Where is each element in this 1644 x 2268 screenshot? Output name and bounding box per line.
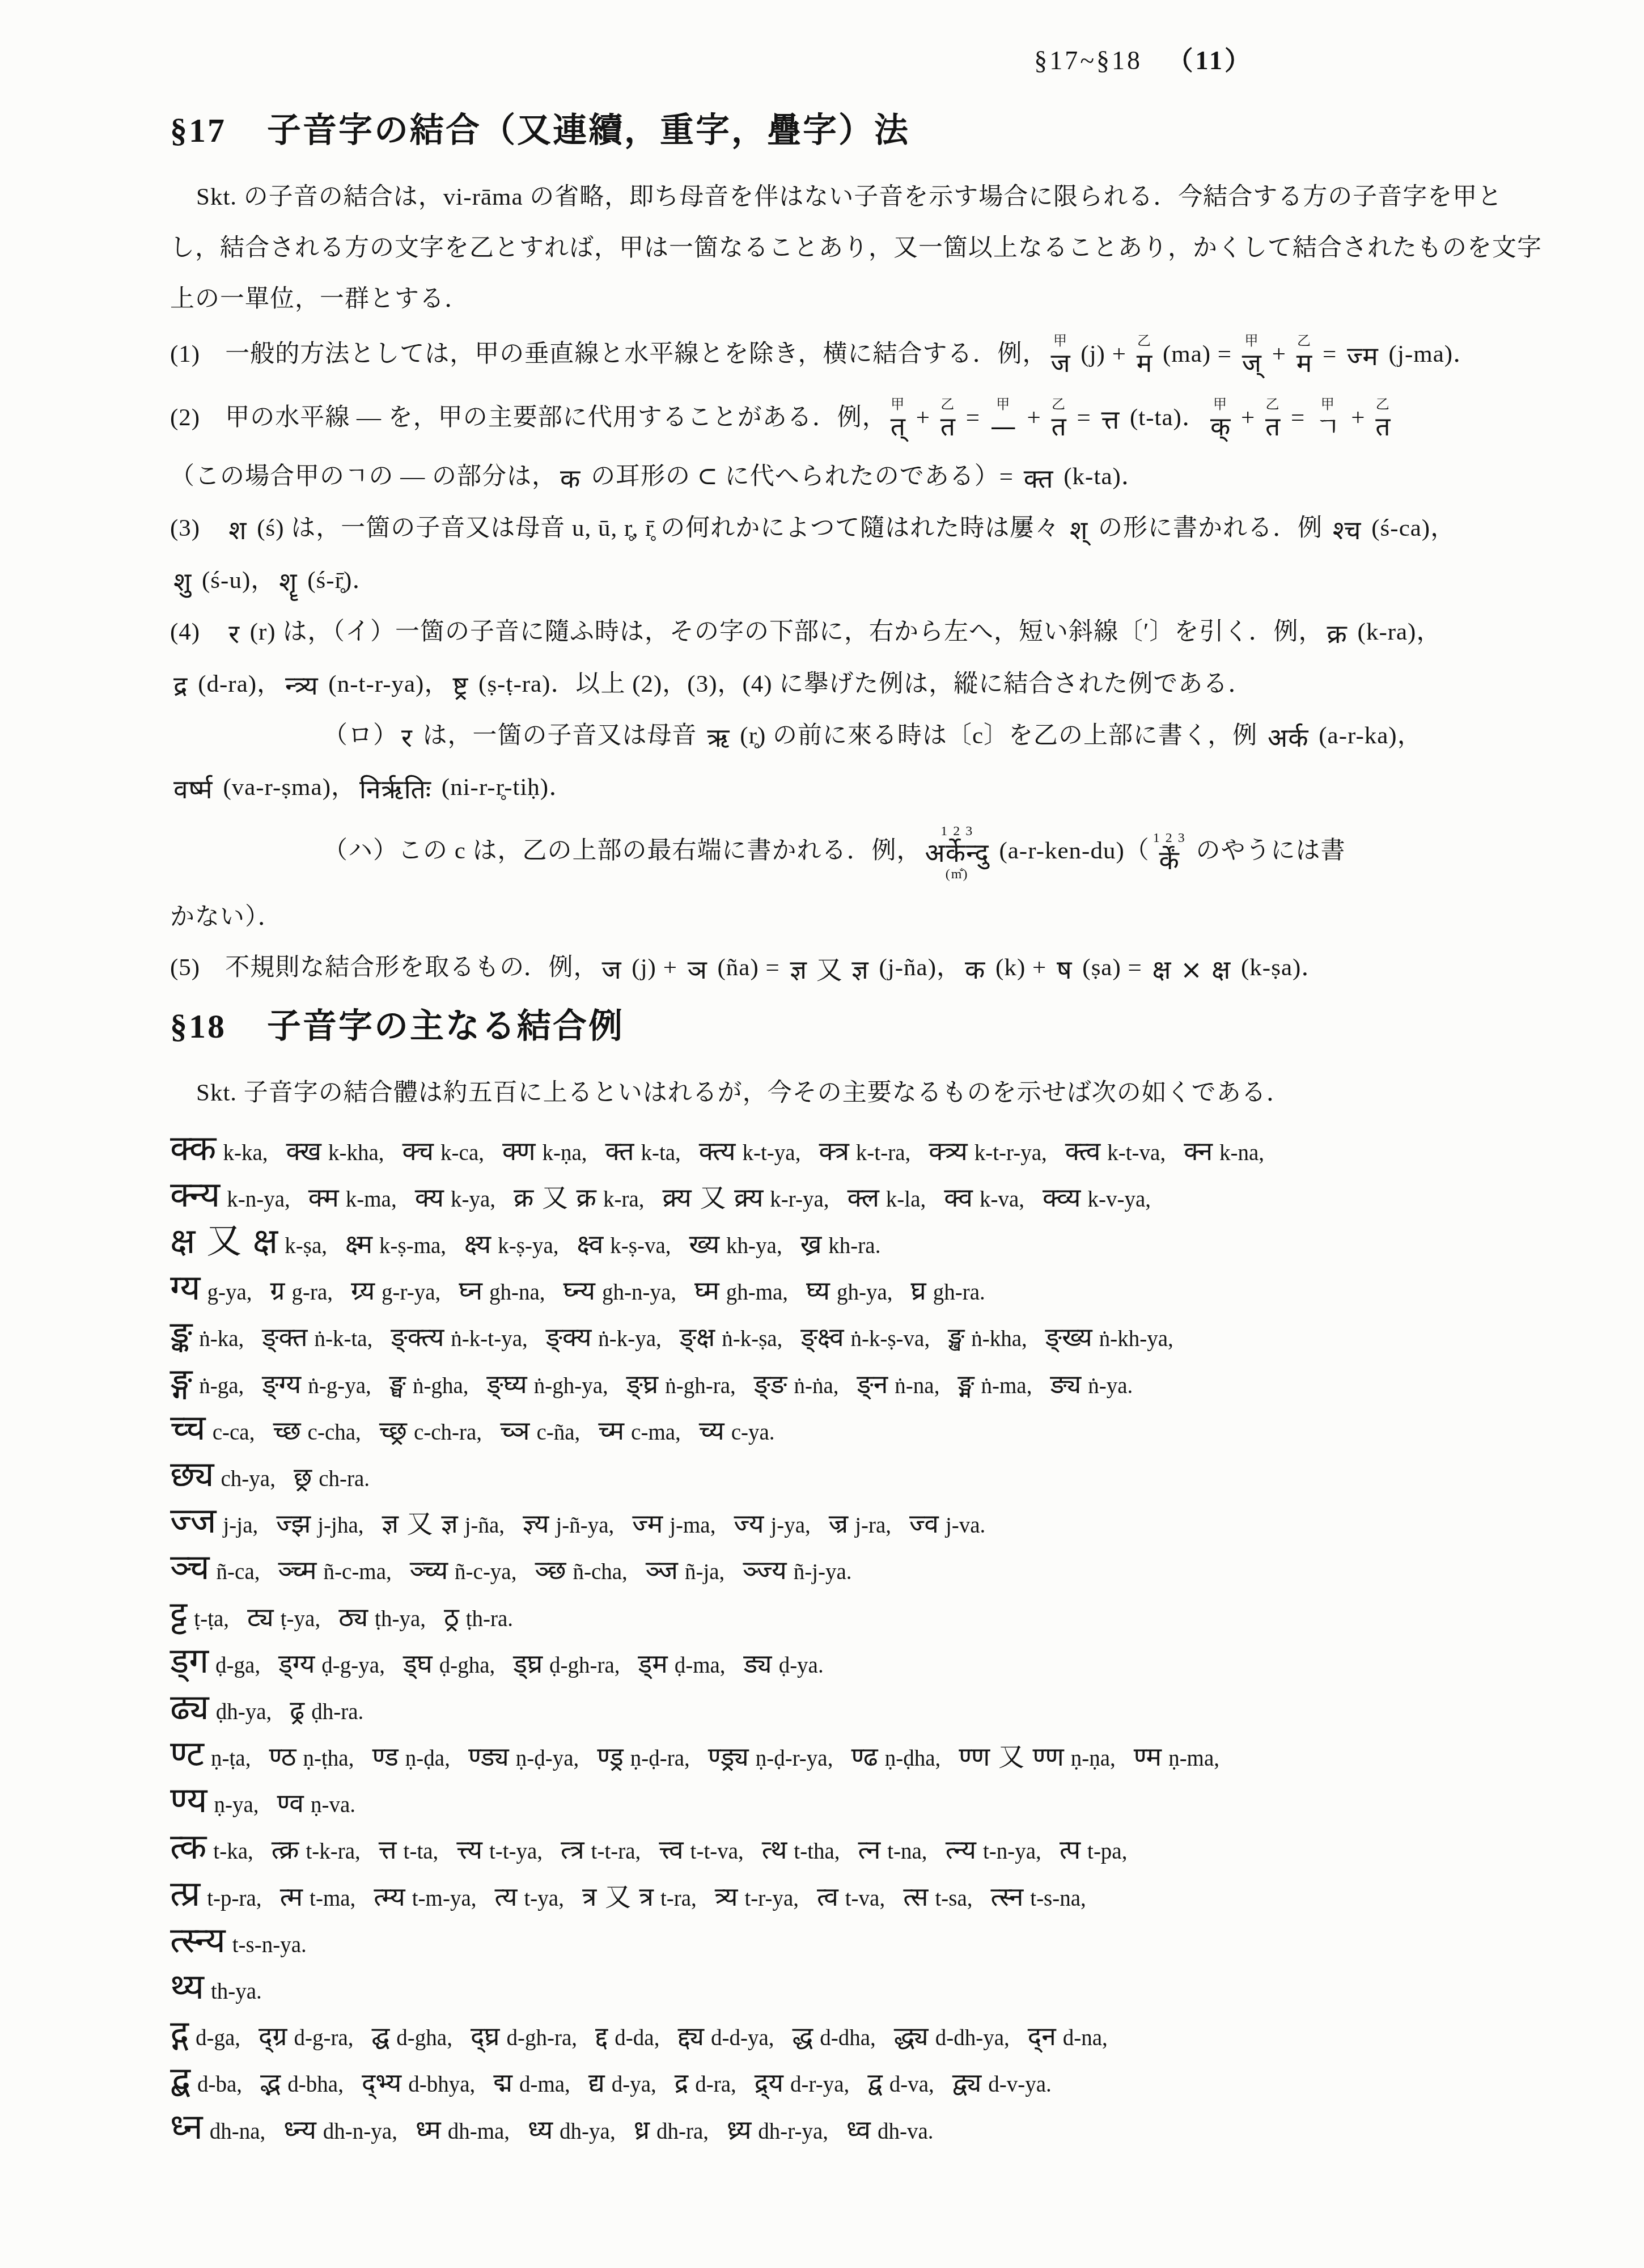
devanagari-glyph: वर्ष्म (173, 775, 213, 804)
conjunct-glyph: ज्म (632, 1509, 663, 1538)
text-line: （ハ）この c は，乙の上部の最右端に書かれる．例，1 2 3अर्केन्दु… (170, 824, 1548, 882)
conjunct-glyph: त्थ (762, 1835, 787, 1864)
conjunct-glyph: द्ध (792, 2022, 813, 2051)
conjunct-romanization: d-ba, (197, 2072, 242, 2097)
conjunct-romanization: j-va. (946, 1513, 985, 1538)
conjunct-glyph: ङ्क (170, 1315, 192, 1353)
devanagari-glyph-group: 甲क् (1210, 398, 1231, 441)
conjunct-glyph: त्न (858, 1835, 881, 1864)
conjunct-romanization: k-t-ya, (743, 1140, 801, 1166)
conjunct-glyph: ध्य (528, 2115, 553, 2144)
conjunct-romanization: k-t-ra, (856, 1140, 910, 1166)
devanagari-glyph-group: 1 2 3अर्केन्दु(m̐) (925, 824, 989, 882)
conjunct-romanization: t-n-ya, (983, 1839, 1041, 1864)
conjunct-romanization: ṇ-ḍha, (885, 1746, 941, 1771)
conjunct-glyph: त्त (379, 1835, 397, 1864)
conjunct-glyph: घ्न्य (563, 1276, 595, 1305)
devanagari-glyph: क्ष × क्ष (1153, 955, 1231, 984)
conjunct-glyph: द्द्य (677, 2022, 704, 2051)
conjunct-romanization: d-bha, (287, 2072, 344, 2097)
devanagari-glyph: म (1137, 349, 1153, 378)
conjunct-glyph: ज्ज (170, 1501, 216, 1540)
conjunct-row: ढ्यḍh-ya,ढ्रḍh-ra. (170, 1688, 1548, 1727)
devanagari-glyph: त (1051, 412, 1066, 441)
devanagari-glyph: क (965, 955, 985, 984)
conjunct-glyph: ण्ढ (851, 1742, 878, 1771)
devanagari-glyph-group: शॄ (279, 568, 297, 596)
conjunct-glyph: त्न्य (946, 1835, 976, 1864)
text-line: 上の一單位，一群とする． (170, 284, 1548, 315)
text-run: (ṣ-ṭ-ra)．以上 (2)，(3)，(4) に擧げた例は，縱に結合された例で… (472, 671, 1253, 697)
conjunct-glyph: ङ्घ्य (486, 1370, 527, 1399)
conjunct-romanization: d-r-ya, (790, 2072, 849, 2097)
conjunct-romanization: c-ca, (213, 1420, 255, 1445)
conjunct-glyph: च्च (170, 1408, 206, 1447)
conjunct-romanization: t-sa, (935, 1886, 972, 1911)
text-run: (ṣa) = (1076, 954, 1149, 981)
text-line: वर्ष्म (va-r-ṣma)，निर्ऋतिः (ni-r-r̥-tiḥ)… (170, 772, 1548, 803)
devanagari-glyph: क (560, 464, 581, 493)
conjunct-glyph: ज्य (734, 1509, 764, 1538)
text-run: (ś) は，一箇の子音又は母音 u, ū, r̥, r̥̄ の何れかによつて隨は… (250, 515, 1066, 541)
conjunct-romanization: d-dh-ya, (935, 2025, 1010, 2051)
conjunct-romanization: t-p-ra, (207, 1886, 261, 1911)
text-run: （ロ） (323, 722, 398, 749)
text-run: (n-t-r-ya)， (322, 671, 450, 697)
text-run: = (959, 404, 987, 431)
conjunct-glyph: च्ञ (500, 1416, 529, 1445)
conjunct-glyph: घ्म (694, 1276, 719, 1305)
conjunct-glyph: थ्य (170, 1967, 204, 2006)
devanagari-glyph: म (1296, 349, 1313, 378)
conjunct-glyph: क्ष्म (345, 1230, 372, 1259)
conjunct-row: ङ्कṅ-ka,ङ्क्तṅ-k-ta,ङ्क्त्यṅ-k-t-ya,ङ्क्… (170, 1315, 1548, 1353)
devanagari-glyph: त्त (1101, 405, 1120, 434)
conjunct-row: च्चc-ca,च्छc-cha,च्छ्रc-ch-ra,च्ञc-ña,च्… (170, 1408, 1548, 1447)
devanagari-glyph-group: र (401, 723, 413, 752)
conjunct-romanization: k-ṣ-va, (610, 1233, 671, 1259)
conjunct-romanization: k-ca, (440, 1140, 484, 1166)
text-line: (3) श (ś) は，一箇の子音又は母音 u, ū, r̥, r̥̄ の何れか… (170, 513, 1548, 544)
conjunct-glyph: क्म (308, 1183, 339, 1212)
conjunct-romanization: gh-ra. (933, 1280, 985, 1305)
conjunct-romanization: ṅ-k-ṣ-va, (850, 1326, 930, 1352)
conjunct-romanization: t-pa, (1087, 1839, 1127, 1864)
devanagari-glyph: ज्ञ 又 ज्ञ (790, 955, 869, 984)
devanagari-glyph: निर्ऋतिः (359, 775, 431, 804)
conjunct-romanization: ṭ-ṭa, (194, 1606, 229, 1632)
devanagari-glyph-group: शु (173, 568, 192, 596)
conjunct-romanization: j-ma, (670, 1513, 715, 1538)
conjunct-glyph: त्क (170, 1827, 206, 1866)
devanagari-glyph-group: क (965, 955, 985, 984)
devanagari-glyph-group: 1 2 3र्कें (1153, 831, 1186, 874)
text-run: = (1070, 404, 1098, 431)
conjunct-glyph: क्ष 又 क्ष (170, 1222, 278, 1260)
section18-intro: Skt. 子音字の結合體は約五百に上るといはれるが，今その主要なるものを示せば次… (170, 1078, 1548, 1108)
section18-intro-wrap: Skt. 子音字の結合體は約五百に上るといはれるが，今その主要なるものを示せば次… (170, 1078, 1548, 1108)
conjunct-romanization: k-ṣa, (285, 1233, 327, 1259)
conjunct-romanization: j-ya, (770, 1513, 810, 1538)
text-run: のやうには書 (1189, 837, 1346, 864)
conjunct-romanization: d-va, (889, 2072, 934, 2097)
conjunct-glyph: त्त्र (561, 1835, 584, 1864)
devanagari-glyph: ज (1050, 349, 1070, 378)
text-line: し，結合される方の文字を乙とすれば，甲は一箇なることあり，又一箇以上なることあり… (170, 233, 1548, 264)
devanagari-glyph-group: क्त (1024, 464, 1054, 493)
text-run: (3) (170, 515, 225, 541)
conjunct-glyph: क्व्य (1043, 1183, 1081, 1212)
conjunct-glyph: त्त्य (456, 1835, 482, 1864)
page-header: §17~§18 （11） (170, 40, 1548, 77)
conjunct-glyph: त्म (280, 1882, 303, 1911)
conjunct-glyph: द्ध्य (894, 2022, 929, 2051)
conjunct-romanization: ṅ-k-ṣa, (722, 1326, 782, 1352)
conjunct-romanization: d-gha, (396, 2025, 452, 2051)
conjunct-romanization: dh-r-ya, (758, 2119, 828, 2144)
header-page-number: （11） (1167, 46, 1253, 75)
conjunct-romanization: d-d-ya, (711, 2025, 774, 2051)
conjunct-glyph: त्स्न (990, 1882, 1023, 1911)
conjunct-romanization: dh-ra, (656, 2119, 709, 2144)
devanagari-glyph-group: त्त (1101, 405, 1120, 434)
conjunct-glyph: द्ग (170, 2014, 189, 2053)
text-line: (4) र (r) は，（イ）一箇の子音に隨ふ時は，その字の下部に，右から左へ，… (170, 617, 1548, 648)
conjunct-romanization: d-v-ya. (988, 2072, 1052, 2097)
conjunct-glyph: क्ख (286, 1137, 321, 1166)
devanagari-glyph-group: 甲ज (1050, 335, 1070, 378)
devanagari-glyph: र्कें (1159, 846, 1180, 875)
conjunct-glyph: ढ्र (290, 1696, 304, 1725)
text-run: (ña) = (711, 954, 787, 981)
conjunct-romanization: dh-ya, (560, 2119, 616, 2144)
devanagari-glyph: त (1375, 412, 1391, 441)
conjunct-romanization: k-ṣ-ya, (498, 1233, 558, 1259)
conjunct-romanization: t-na, (887, 1839, 927, 1864)
conjunct-romanization: ḍh-ra. (311, 1699, 363, 1725)
conjunct-romanization: t-ra, (660, 1886, 697, 1911)
conjunct-romanization: k-ya, (451, 1187, 495, 1212)
conjunct-row: ग्यg-ya,ग्रg-ra,ग्र्यg-r-ya,घ्नgh-na,घ्न… (170, 1268, 1548, 1307)
conjunct-romanization: d-gh-ra, (507, 2025, 578, 2051)
conjunct-romanization: ṇ-ṭha, (303, 1746, 354, 1771)
conjunct-glyph: द्ग्र (259, 2022, 287, 2051)
header-section-range: §17~§18 (1034, 46, 1142, 75)
conjunct-romanization: ḍ-gh-ra, (549, 1653, 620, 1678)
devanagari-glyph-group: 乙त (940, 398, 956, 441)
conjunct-row: ट्टṭ-ṭa,ट्यṭ-ya,ठ्यṭh-ya,ठ्रṭh-ra. (170, 1595, 1548, 1634)
conjunct-romanization: ḍ-ya. (779, 1653, 824, 1678)
conjunct-romanization: k-r-ya, (770, 1187, 829, 1212)
conjunct-romanization: ṇ-ḍa, (405, 1746, 450, 1771)
devanagari-glyph-group: ज (601, 955, 621, 984)
conjunct-glyph: द्व (867, 2068, 882, 2097)
conjunct-glyph: क्त्य (699, 1137, 736, 1166)
glyph-above-label: 乙 (1052, 398, 1066, 412)
conjunct-glyph: ङ्क्त्य (391, 1323, 444, 1352)
text-run: = (1316, 341, 1344, 367)
conjunct-glyph: ट्य (247, 1603, 274, 1632)
conjunct-glyph: ड्ग्य (278, 1649, 315, 1678)
conjunct-romanization: t-tha, (794, 1839, 840, 1864)
conjunct-romanization: ḍ-ma, (675, 1653, 726, 1678)
text-run: かない）． (170, 904, 283, 930)
glyph-above-label: 甲 (891, 398, 905, 412)
conjunct-row: ज्जj-ja,ज्झj-jha,ज्ञ 又 ज्ञj-ña,ज्ञ्यj-ñ-… (170, 1501, 1548, 1540)
scanned-textbook-page: §17~§18 （11） §17 子音字の結合（又連續，重字，疊字）法 Skt.… (0, 0, 1644, 2268)
conjunct-glyph: क्क (170, 1129, 216, 1167)
conjunct-glyph: द्र्य (755, 2068, 783, 2097)
conjunct-glyph: ग्र (270, 1276, 285, 1305)
conjunct-glyph: क्ष्व (577, 1230, 603, 1259)
text-run: (r̥) の前に來る時は〔c〕を乙の上部に書く，例 (734, 722, 1264, 749)
conjunct-romanization: c-ma, (631, 1420, 681, 1445)
conjunct-glyph: ङ्ख (948, 1323, 964, 1352)
conjunct-romanization: ṅ-k-t-ya, (451, 1326, 527, 1352)
conjunct-romanization: c-ya. (731, 1420, 775, 1445)
conjunct-romanization: ñ-c-ya, (455, 1559, 516, 1585)
devanagari-glyph: ज्म (1347, 342, 1379, 371)
text-line: （ロ）र は，一箇の子音又は母音 ऋ (r̥) の前に來る時は〔c〕を乙の上部に… (170, 721, 1548, 752)
conjunct-romanization: d-ya, (612, 2072, 656, 2097)
devanagari-glyph-group: क्र (1327, 620, 1347, 649)
text-run: (r) は，（イ）一箇の子音に隨ふ時は，その字の下部に，右から左へ，短い斜線〔′… (243, 619, 1324, 645)
conjunct-glyph: द्न (1028, 2022, 1056, 2051)
devanagari-glyph: त् (891, 412, 906, 441)
glyph-above-label: 甲 (1053, 335, 1068, 349)
conjunct-glyph: ध्र (634, 2115, 650, 2144)
conjunct-glyph: ण्व (277, 1789, 303, 1818)
devanagari-glyph: क्त (1024, 464, 1054, 493)
devanagari-glyph: ㄱ (1315, 412, 1341, 441)
devanagari-glyph-group: द्र (173, 671, 188, 700)
devanagari-glyph: श (228, 516, 247, 545)
devanagari-glyph-group: ज्म (1347, 342, 1379, 371)
devanagari-glyph: द्र (173, 671, 188, 700)
devanagari-glyph-group: श्च (1333, 516, 1362, 545)
text-run: (k-ta)． (1057, 463, 1146, 490)
glyph-above-label: 甲 (1213, 398, 1228, 412)
text-run: (5) 不規則な結合形を取るもの．例， (170, 954, 598, 981)
conjunct-list: क्कk-ka,क्खk-kha,क्चk-ca,क्णk-ṇa,क्तk-ta… (170, 1129, 1548, 2146)
conjunct-row: ड्गḍ-ga,ड्ग्यḍ-g-ya,ड्घḍ-gha,ड्घ्रḍ-gh-r… (170, 1641, 1548, 1680)
text-run: (d-ra)， (191, 671, 282, 697)
conjunct-romanization: t-r-ya, (744, 1886, 799, 1911)
conjunct-glyph: ड्ग (170, 1641, 209, 1680)
text-run: (j-ma)． (1382, 341, 1478, 367)
devanagari-glyph: श्च (1333, 516, 1362, 545)
conjunct-glyph: ढ्य (170, 1688, 209, 1727)
conjunct-glyph: ख्य (689, 1230, 720, 1259)
text-line: （この場合甲のㄱの — の部分は，क の耳形の ⊂ に代へられたのである）= क… (170, 462, 1548, 493)
conjunct-romanization: t-k-ra, (306, 1839, 360, 1864)
conjunct-romanization: ṇ-ma, (1168, 1746, 1219, 1771)
devanagari-glyph: त (940, 412, 956, 441)
conjunct-glyph: ङ्क्य (546, 1323, 592, 1352)
conjunct-glyph: द्म (493, 2068, 512, 2097)
devanagari-glyph: अर्क (1268, 723, 1308, 752)
conjunct-glyph: छ्य (170, 1455, 214, 1493)
conjunct-glyph: ध्म (416, 2115, 441, 2144)
conjunct-romanization: t-va, (845, 1886, 885, 1911)
conjunct-romanization: t-ya, (524, 1886, 564, 1911)
conjunct-glyph: द्भ (260, 2068, 281, 2097)
devanagari-glyph-group: 乙त (1051, 398, 1066, 441)
conjunct-glyph: त्र्य (715, 1882, 738, 1911)
conjunct-romanization: d-ra, (695, 2072, 736, 2097)
conjunct-glyph: ञ्च्य (410, 1556, 448, 1585)
devanagari-glyph: ष्ट्र (452, 671, 468, 700)
conjunct-glyph: त्र 又 त्र (582, 1882, 654, 1911)
conjunct-romanization: ḍ-g-ya, (321, 1653, 385, 1678)
devanagari-glyph: शॄ (279, 568, 297, 596)
devanagari-glyph: शु (173, 568, 192, 596)
devanagari-glyph-group: श् (1070, 516, 1088, 545)
devanagari-glyph-group: क (560, 464, 581, 493)
conjunct-romanization: d-dha, (820, 2025, 876, 2051)
conjunct-romanization: k-na, (1219, 1140, 1264, 1166)
conjunct-romanization: dh-n-ya, (323, 2119, 397, 2144)
conjunct-romanization: d-bhya, (408, 2072, 475, 2097)
glyph-above-label: 乙 (1376, 398, 1391, 412)
conjunct-romanization: g-ra, (291, 1280, 333, 1305)
section17-number: §17 (170, 112, 226, 149)
conjunct-glyph: ण्ड्र्य (708, 1742, 749, 1771)
conjunct-romanization: d-ga, (196, 2025, 240, 2051)
conjunct-glyph: क्व (944, 1183, 973, 1212)
conjunct-glyph: च्य (699, 1416, 724, 1445)
conjunct-row: थ्यth-ya. (170, 1967, 1548, 2006)
conjunct-row: त्कt-ka,त्क्रt-k-ra,त्तt-ta,त्त्यt-t-ya,… (170, 1827, 1548, 1866)
conjunct-glyph: ण्य (170, 1781, 207, 1820)
devanagari-glyph-group: ष (1057, 955, 1073, 984)
conjunct-glyph: छ्र (294, 1463, 312, 1492)
conjunct-glyph: ख्र (800, 1230, 822, 1259)
conjunct-glyph: ङ्म (957, 1370, 974, 1399)
conjunct-romanization: ñ-cha, (573, 1559, 627, 1585)
conjunct-romanization: ñ-ja, (685, 1559, 724, 1585)
conjunct-glyph: ध्व (846, 2115, 871, 2144)
conjunct-romanization: ḍ-gha, (439, 1653, 495, 1678)
conjunct-romanization: ṇ-ṇa, (1071, 1746, 1116, 1771)
conjunct-glyph: घ्य (806, 1276, 830, 1305)
conjunct-romanization: t-t-va, (690, 1839, 744, 1864)
section17-heading: §17 子音字の結合（又連續，重字，疊字）法 (170, 111, 1548, 150)
text-run: (j) + (1074, 341, 1133, 367)
conjunct-romanization: k-v-ya, (1087, 1187, 1151, 1212)
conjunct-romanization: ñ-c-ma, (324, 1559, 392, 1585)
conjunct-romanization: k-ta, (641, 1140, 680, 1166)
conjunct-romanization: k-ṇa, (543, 1140, 587, 1166)
conjunct-glyph: द्र (675, 2068, 688, 2097)
conjunct-glyph: घ्न (459, 1276, 482, 1305)
text-run: (a-r-ka)， (1312, 722, 1422, 749)
conjunct-glyph: ण्ड्य (468, 1742, 509, 1771)
conjunct-glyph: त्व (817, 1882, 838, 1911)
conjunct-glyph: ज्झ (276, 1509, 311, 1538)
devanagari-glyph-group: 甲त् (891, 398, 906, 441)
devanagari-glyph-group: ऋ (707, 723, 730, 752)
conjunct-glyph: द्य (588, 2068, 605, 2097)
conjunct-romanization: k-ka, (223, 1140, 268, 1166)
devanagari-glyph-group: निर्ऋतिः (359, 775, 431, 804)
conjunct-glyph: ङ्क्त (262, 1323, 307, 1352)
text-run: (va-r-ṣma)， (217, 774, 356, 801)
text-run: (ś-u)， (195, 567, 276, 594)
conjunct-row: द्गd-ga,द्ग्रd-g-ra,द्घd-gha,द्घ्रd-gh-r… (170, 2014, 1548, 2053)
devanagari-glyph-group: अर्क (1268, 723, 1308, 752)
conjunct-romanization: ṭ-ya, (281, 1606, 320, 1632)
conjunct-glyph: ञ्च्म (278, 1556, 316, 1585)
section18-number: §18 (170, 1008, 226, 1045)
conjunct-romanization: ḍ-ga, (215, 1653, 260, 1678)
conjunct-romanization: ñ-j-ya. (794, 1559, 852, 1585)
conjunct-romanization: kh-ra. (828, 1233, 880, 1259)
conjunct-romanization: k-ma, (346, 1187, 397, 1212)
conjunct-glyph: द्घ्र (471, 2022, 500, 2051)
conjunct-glyph: क्च (402, 1137, 434, 1166)
conjunct-romanization: ṅ-kha, (971, 1326, 1027, 1352)
conjunct-romanization: k-va, (980, 1187, 1024, 1212)
conjunct-romanization: j-jha, (317, 1513, 363, 1538)
conjunct-romanization: c-cha, (308, 1420, 361, 1445)
conjunct-romanization: ṇ-ṭa, (211, 1746, 251, 1771)
text-run: の形に書かれる．例 (1091, 515, 1329, 541)
text-run: （ハ）この c は，乙の上部の最右端に書かれる．例， (323, 837, 922, 864)
conjunct-glyph: द्भ्य (362, 2068, 401, 2097)
conjunct-glyph: ङ्न (857, 1370, 888, 1399)
conjunct-glyph: ण्ड्र (597, 1742, 623, 1771)
conjunct-romanization: k-la, (886, 1187, 926, 1212)
conjunct-romanization: ṇ-va. (311, 1792, 355, 1818)
conjunct-romanization: ṅ-k-ta, (315, 1326, 373, 1352)
devanagari-glyph: र (401, 723, 413, 752)
devanagari-glyph: त (1265, 412, 1281, 441)
conjunct-romanization: c-ña, (536, 1420, 580, 1445)
devanagari-glyph: क् (1210, 412, 1231, 441)
conjunct-glyph: द्द (595, 2022, 608, 2051)
conjunct-romanization: gh-n-ya, (602, 1280, 676, 1305)
conjunct-glyph: क्न्य (170, 1175, 220, 1214)
conjunct-romanization: ṅ-g-ya, (308, 1373, 371, 1399)
conjunct-romanization: ḍh-ya, (216, 1699, 272, 1725)
devanagari-glyph: ऋ (707, 723, 730, 752)
text-run: (k-ṣa)． (1234, 954, 1326, 981)
glyph-above-label: 甲 (1321, 398, 1336, 412)
conjunct-row: त्प्रt-p-ra,त्मt-ma,त्म्यt-m-ya,त्यt-ya,… (170, 1875, 1548, 1913)
conjunct-glyph: ठ्र (444, 1603, 459, 1632)
conjunct-romanization: k-ra, (603, 1187, 645, 1212)
conjunct-glyph: ध्न्य (283, 2115, 316, 2144)
conjunct-romanization: ṭh-ya, (375, 1606, 426, 1632)
conjunct-glyph: ञ्ज (646, 1556, 678, 1585)
devanagari-glyph-group: श (228, 516, 247, 545)
section18-title: 子音字の主なる結合例 (267, 1008, 624, 1045)
text-run: = (1284, 404, 1312, 431)
conjunct-romanization: k-t-va, (1107, 1140, 1166, 1166)
conjunct-glyph: त्क्र (272, 1835, 299, 1864)
conjunct-romanization: j-ja, (223, 1513, 258, 1538)
conjunct-romanization: k-t-r-ya, (974, 1140, 1047, 1166)
conjunct-glyph: ड्म (638, 1649, 668, 1678)
text-run: は，一箇の子音又は母音 (416, 722, 704, 749)
conjunct-romanization: g-r-ya, (382, 1280, 440, 1305)
conjunct-glyph: क्र 又 क्र (514, 1183, 596, 1212)
conjunct-romanization: ṅ-na, (895, 1373, 939, 1399)
conjunct-row: क्न्यk-n-ya,क्मk-ma,क्यk-ya,क्र 又 क्रk-r… (170, 1175, 1548, 1214)
text-run: （この場合甲のㄱの — の部分は， (170, 463, 557, 490)
devanagari-glyph-group: वर्ष्म (173, 775, 213, 804)
